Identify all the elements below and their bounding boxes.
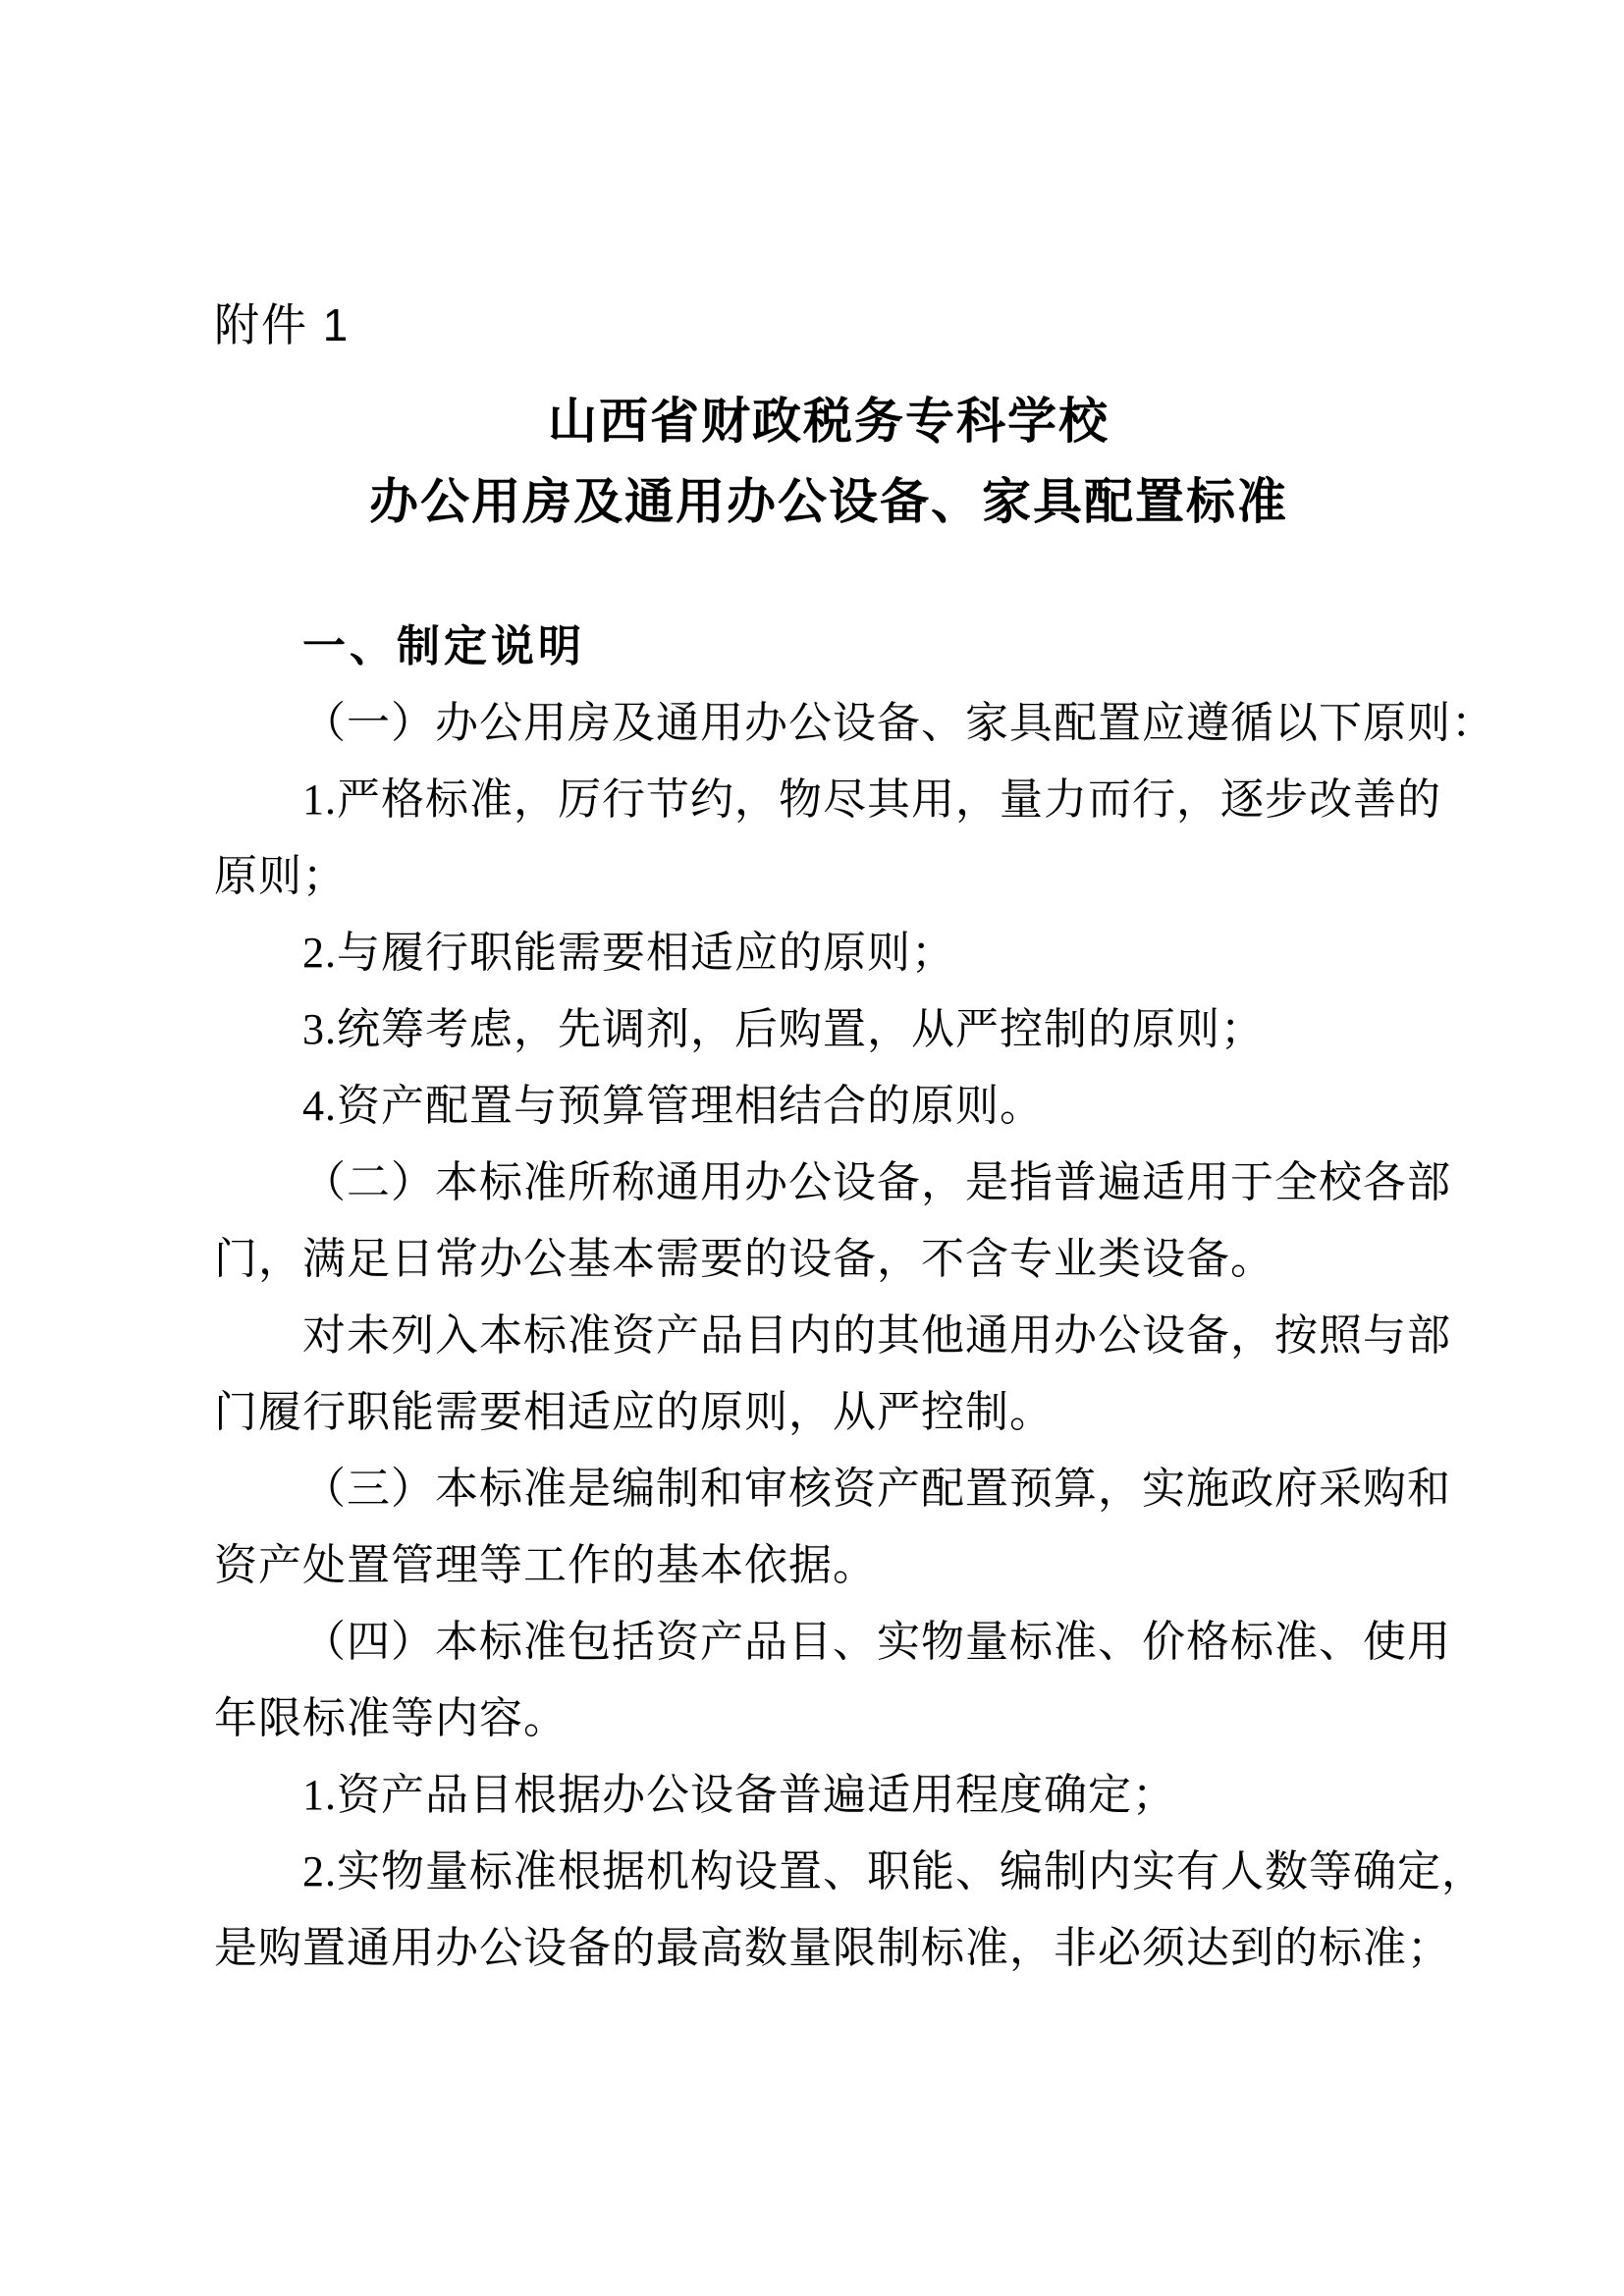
document-title: 山西省财政税务专科学校 办公用房及通用办公设备、家具配置标准: [214, 381, 1443, 542]
body-line: 门，满足日常办公基本需要的设备，不含专业类设备。: [214, 1221, 1443, 1298]
document-title-line-1: 山西省财政税务专科学校: [214, 381, 1443, 461]
body-line: 原则；: [214, 838, 1443, 915]
section-heading: 一、制定说明: [214, 609, 1443, 685]
document-page: 附件 1 山西省财政税务专科学校 办公用房及通用办公设备、家具配置标准 一、制定…: [0, 0, 1624, 2296]
body-line: （四）本标准包括资产品目、实物量标准、价格标准、使用: [214, 1604, 1443, 1681]
body-line: （三）本标准是编制和审核资产配置预算，实施政府采购和: [214, 1451, 1443, 1527]
body-text: （一）办公用房及通用办公设备、家具配置应遵循以下原则：1.严格标准，厉行节约，物…: [214, 685, 1443, 1987]
body-line: （一）办公用房及通用办公设备、家具配置应遵循以下原则：: [214, 685, 1443, 762]
body-line: 是购置通用办公设备的最高数量限制标准，非必须达到的标准；: [214, 1910, 1443, 1987]
attachment-label: 附件 1: [214, 294, 1443, 355]
body-line: （二）本标准所称通用办公设备，是指普遍适用于全校各部: [214, 1145, 1443, 1221]
body-line: 对未列入本标准资产品目内的其他通用办公设备，按照与部: [214, 1298, 1443, 1374]
body-line: 资产处置管理等工作的基本依据。: [214, 1527, 1443, 1604]
body-line: 4.资产配置与预算管理相结合的原则。: [214, 1068, 1443, 1145]
body-line: 门履行职能需要相适应的原则，从严控制。: [214, 1374, 1443, 1451]
body-line: 2.与履行职能需要相适应的原则；: [214, 915, 1443, 991]
body-line: 年限标准等内容。: [214, 1681, 1443, 1757]
document-title-line-2: 办公用房及通用办公设备、家具配置标准: [214, 461, 1443, 542]
body-line: 2.实物量标准根据机构设置、职能、编制内实有人数等确定，: [214, 1834, 1443, 1910]
body-line: 3.统筹考虑，先调剂，后购置，从严控制的原则；: [214, 991, 1443, 1068]
body-line: 1.资产品目根据办公设备普遍适用程度确定；: [214, 1757, 1443, 1834]
body-line: 1.严格标准，厉行节约，物尽其用，量力而行，逐步改善的: [214, 762, 1443, 838]
